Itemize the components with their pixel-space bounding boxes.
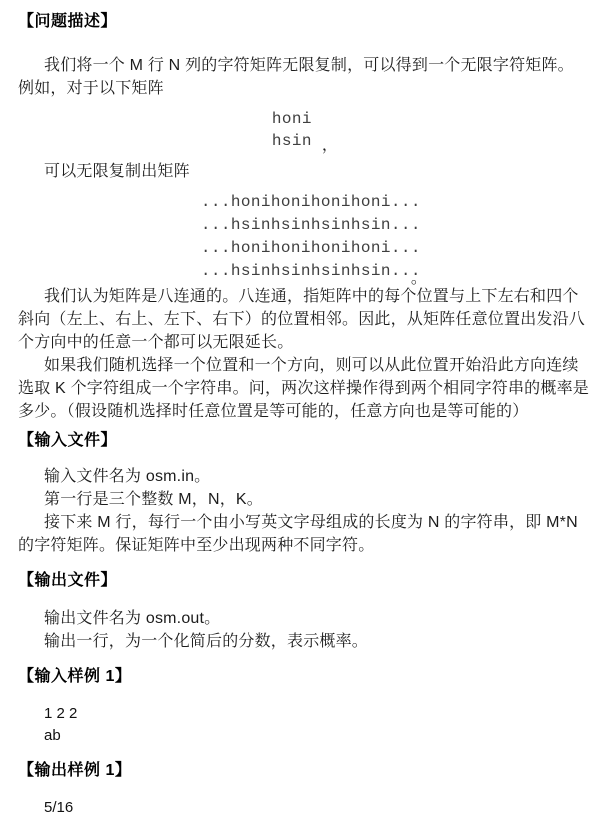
matrix-line: ...hsinhsinhsinhsin...	[201, 260, 421, 283]
matrix-small-block: honi hsin ，	[18, 108, 592, 152]
heading-output-file: 【输出文件】	[18, 571, 592, 591]
sample-input-line: 1 2 2	[18, 703, 592, 725]
problem-paragraph-line: 可以无限复制出矩阵	[18, 160, 592, 183]
input-file-line: 接下来 M 行，每行一个由小写英文字母组成的长度为 N 的字符串，即 M*N	[18, 511, 592, 534]
problem-paragraph-line: 选取 K 个字符组成一个字符串。问，两次这样操作得到两个相同字符串的概率是	[18, 377, 592, 400]
matrix-small: honi hsin	[272, 108, 312, 152]
matrix-line: ...honihonihonihoni...	[201, 191, 421, 214]
matrix-infinite-suffix: 。	[411, 265, 427, 288]
problem-paragraph-line: 个方向中的任意一个都可以无限延长。	[18, 331, 592, 354]
output-file-line: 输出文件名为 osm.out。	[18, 607, 592, 630]
matrix-line: honi	[272, 108, 312, 130]
heading-input-file: 【输入文件】	[18, 431, 592, 451]
problem-paragraph-line: 斜向（左上、右上、左下、右下）的位置相邻。因此，从矩阵任意位置出发沿八	[18, 308, 592, 331]
output-file-line: 输出一行，为一个化简后的分数，表示概率。	[18, 630, 592, 653]
problem-paragraph-line: 如果我们随机选择一个位置和一个方向，则可以从此位置开始沿此方向连续	[18, 354, 592, 377]
problem-paragraph-line: 我们认为矩阵是八连通的。八连通，指矩阵中的每个位置与上下左右和四个	[18, 285, 592, 308]
problem-paragraph-line: 我们将一个 M 行 N 列的字符矩阵无限复制，可以得到一个无限字符矩阵。	[18, 54, 592, 77]
heading-problem-description: 【问题描述】	[18, 12, 592, 32]
input-file-line: 第一行是三个整数 M，N，K。	[18, 488, 592, 511]
document-page: 【问题描述】 我们将一个 M 行 N 列的字符矩阵无限复制，可以得到一个无限字符…	[0, 0, 610, 814]
matrix-infinite: ...honihonihonihoni... ...hsinhsinhsinhs…	[201, 191, 421, 283]
input-file-line: 输入文件名为 osm.in。	[18, 465, 592, 488]
matrix-line: ...honihonihonihoni...	[201, 237, 421, 260]
matrix-line: ...hsinhsinhsinhsin...	[201, 214, 421, 237]
problem-paragraph-line: 例如，对于以下矩阵	[18, 77, 592, 100]
matrix-infinite-block: ...honihonihonihoni... ...hsinhsinhsinhs…	[18, 191, 592, 283]
matrix-line: hsin	[272, 130, 312, 152]
heading-sample-output-1: 【输出样例 1】	[18, 761, 592, 781]
problem-paragraph-line: 多少。（假设随机选择时任意位置是等可能的，任意方向也是等可能的）	[18, 400, 592, 423]
matrix-small-suffix: ，	[322, 132, 338, 155]
sample-input-line: ab	[18, 725, 592, 747]
heading-sample-input-1: 【输入样例 1】	[18, 667, 592, 687]
sample-output-value: 5/16	[18, 797, 592, 814]
input-file-line: 的字符矩阵。保证矩阵中至少出现两种不同字符。	[18, 534, 592, 557]
